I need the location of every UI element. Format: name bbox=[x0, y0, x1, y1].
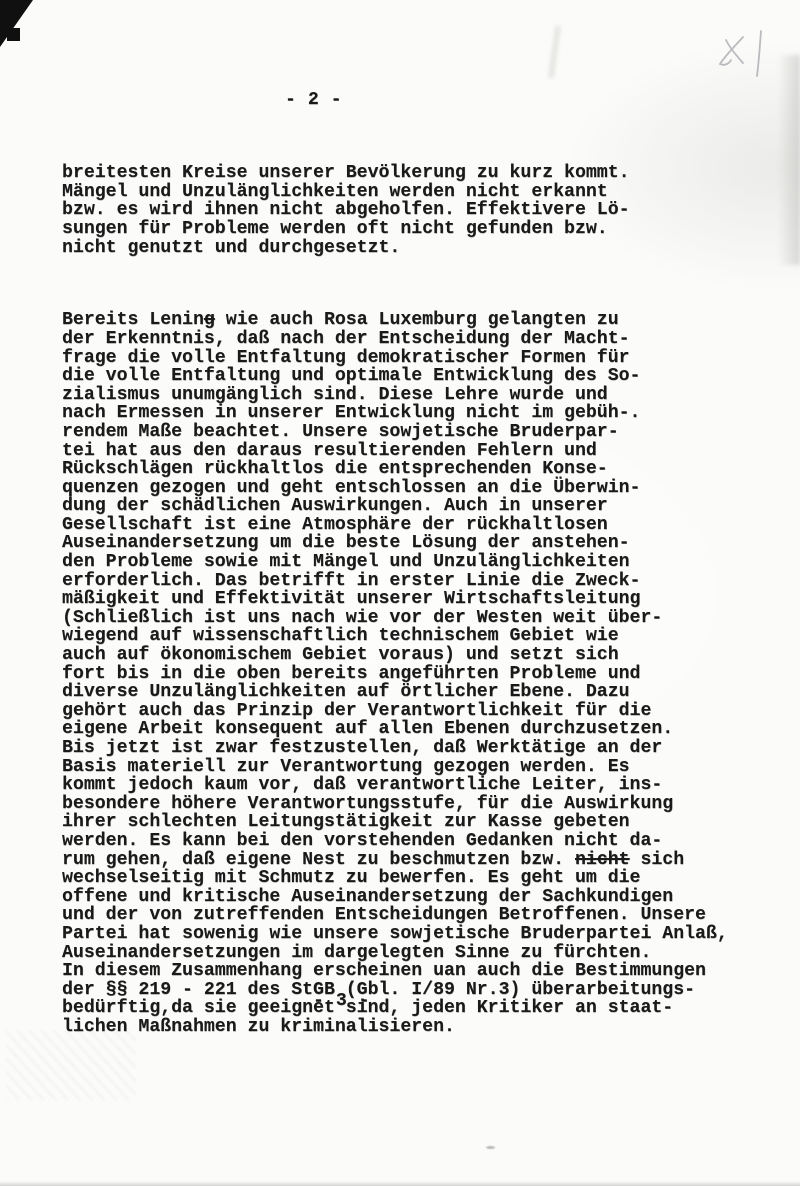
text-line: mäßigkeit und Effektivität unserer Wirts… bbox=[62, 590, 728, 609]
page-number-bottom: - 3 - bbox=[313, 992, 370, 1011]
text-line: zialismus unumgänglich sind. Diese Lehre… bbox=[62, 386, 728, 405]
text-line: bzw. es wird ihnen nicht abgeholfen. Eff… bbox=[62, 201, 728, 220]
text-line: kommt jedoch kaum vor, daß verantwortlic… bbox=[62, 776, 728, 795]
text-line: offene und kritische Auseinandersetzung … bbox=[62, 888, 728, 907]
text-line: quenzen gezogen und geht entschlossen an… bbox=[62, 479, 728, 498]
text-segment: sich bbox=[630, 850, 685, 870]
document-body: breitesten Kreise unserer Bevölkerung zu… bbox=[62, 127, 728, 1074]
text-line: breitesten Kreise unserer Bevölkerung zu… bbox=[62, 164, 728, 183]
pencil-strokes bbox=[720, 31, 761, 76]
text-line: Rückschlägen rückhaltlos die entsprechen… bbox=[62, 460, 728, 479]
pencil-annotation-mark bbox=[716, 24, 774, 84]
text-line: gehört auch das Prinzip der Verantwortli… bbox=[62, 702, 728, 721]
page-number-top: - 2 - bbox=[285, 91, 342, 110]
text-line: und der von zutreffenden Entscheidungen … bbox=[62, 906, 728, 925]
text-line: In diesem Zusammenhang erscheinen uan au… bbox=[62, 962, 728, 981]
text-line: den Probleme sowie mit Mängel und Unzulä… bbox=[62, 553, 728, 572]
text-line: die volle Entfaltung und optimale Entwic… bbox=[62, 367, 728, 386]
text-line: Mängel und Unzulänglichkeiten werden nic… bbox=[62, 183, 728, 202]
text-line: dung der schädlichen Auswirkungen. Auch … bbox=[62, 497, 728, 516]
text-line: nicht genutzt und durchgesetzt. bbox=[62, 239, 728, 258]
text-line: Gesellschaft ist eine Atmosphäre der rüc… bbox=[62, 516, 728, 535]
text-line: der §§ 219 - 221 des StGB (Gbl. I/89 Nr.… bbox=[62, 981, 728, 1000]
paragraph-2: Bereits Lening wie auch Rosa Luxemburg g… bbox=[62, 311, 728, 1036]
text-line: Auseinandersetzung um die beste Lösung d… bbox=[62, 534, 728, 553]
text-segment: wie auch Rosa Luxemburg gelangten zu bbox=[215, 310, 619, 330]
text-line: Bis jetzt ist zwar festzustellen, daß We… bbox=[62, 739, 728, 758]
text-line: sungen für Probleme werden oft nicht gef… bbox=[62, 220, 728, 239]
text-line: rum gehen, daß eigene Nest zu beschmutze… bbox=[62, 851, 728, 870]
text-line: Auseinandersetzungen im dargelegten Sinn… bbox=[62, 944, 728, 963]
text-line: eigene Arbeit konsequent auf allen Ebene… bbox=[62, 720, 728, 739]
text-line: tei hat aus den daraus resultierenden Fe… bbox=[62, 442, 728, 461]
text-line: Bereits Lening wie auch Rosa Luxemburg g… bbox=[62, 311, 728, 330]
text-line: wiegend auf wissenschaftlich technischem… bbox=[62, 627, 728, 646]
struck-text: g bbox=[204, 310, 215, 330]
text-line: rendem Maße beachtet. Unsere sowjetische… bbox=[62, 423, 728, 442]
text-line: bedürftig,da sie geeignet sind, jeden Kr… bbox=[62, 999, 728, 1018]
text-line: nach Ermessen in unserer Entwicklung nic… bbox=[62, 404, 728, 423]
text-line: fort bis in die oben bereits angeführten… bbox=[62, 665, 728, 684]
text-line: Partei hat sowenig wie unsere sowjetisch… bbox=[62, 925, 728, 944]
stray-ink-dot bbox=[486, 1146, 495, 1149]
text-line: der Erkenntnis, daß nach der Entscheidun… bbox=[62, 330, 728, 349]
text-segment: Bereits Lenin bbox=[62, 310, 204, 330]
text-line: lichen Maßnahmen zu kriminalisieren. bbox=[62, 1018, 728, 1037]
text-segment: rum gehen, daß eigene Nest zu beschmutze… bbox=[62, 850, 575, 870]
text-line: erforderlich. Das betrifft in erster Lin… bbox=[62, 572, 728, 591]
text-line: besondere höhere Verantwortungsstufe, fü… bbox=[62, 795, 728, 814]
text-line: ihrer schlechten Leitungstätigkeit zur K… bbox=[62, 813, 728, 832]
text-line: (Schließlich ist uns nach wie vor der We… bbox=[62, 609, 728, 628]
text-line: diverse Unzulänglichkeiten auf örtlicher… bbox=[62, 683, 728, 702]
text-line: werden. Es kann bei den vorstehenden Ged… bbox=[62, 832, 728, 851]
text-line: frage die volle Entfaltung demokratische… bbox=[62, 349, 728, 368]
scan-smudge-right bbox=[778, 55, 800, 265]
text-line: wechselseitig mit Schmutz zu bewerfen. E… bbox=[62, 869, 728, 888]
text-line: auch auf ökonomischem Gebiet voraus) und… bbox=[62, 646, 728, 665]
scan-smudge-top bbox=[548, 26, 560, 78]
scan-edge-shadow bbox=[0, 1181, 800, 1186]
text-line: Basis materiell zur Verantwortung gezoge… bbox=[62, 758, 728, 777]
corner-square-mark bbox=[7, 28, 20, 41]
struck-text: nicht bbox=[575, 850, 630, 870]
document-page: - 2 - breitesten Kreise unserer Bevölker… bbox=[0, 0, 800, 1186]
paragraph-1: breitesten Kreise unserer Bevölkerung zu… bbox=[62, 164, 728, 257]
